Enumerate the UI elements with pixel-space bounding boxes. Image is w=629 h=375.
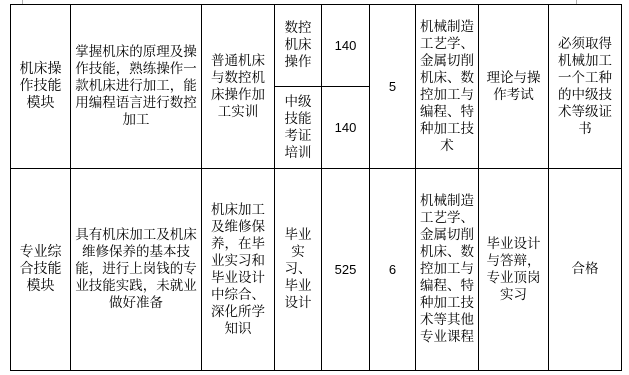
hours-cell: 140 xyxy=(322,5,370,87)
table-row: 机床操作技能模块 掌握机床的原理及操作技能，熟练操作一款机床进行加工，能用编程语… xyxy=(11,5,622,87)
hours-cell: 140 xyxy=(322,87,370,169)
related-courses-cell: 机械制造工艺学、金属切削机床、数控加工与编程、特种加工技术等其他专业课程 xyxy=(416,169,479,371)
objective-cell: 具有机床加工及机床维修保养的基本技能，进行上岗钱的专业技能实践，未就业做好准备 xyxy=(71,169,202,371)
assessment-cell: 理论与操作考试 xyxy=(479,5,549,169)
credits-cell: 5 xyxy=(370,5,416,169)
training-content-cell: 机床加工及维修保养，在毕业实习和毕业设计中综合、深化所学知识 xyxy=(202,169,275,371)
training-content-cell: 普通机床与数控机床操作加工实训 xyxy=(202,5,275,169)
assessment-cell: 毕业设计与答辩，专业顶岗实习 xyxy=(479,169,549,371)
training-module-table: 机床操作技能模块 掌握机床的原理及操作技能，熟练操作一款机床进行加工，能用编程语… xyxy=(10,4,622,371)
credits-cell: 6 xyxy=(370,169,416,371)
requirement-cell: 必须取得机械加工一个工种的中级技术等级证书 xyxy=(549,5,622,169)
hours-cell: 525 xyxy=(322,169,370,371)
requirement-cell: 合格 xyxy=(549,169,622,371)
table-row: 专业综合技能模块 具有机床加工及机床维修保养的基本技能，进行上岗钱的专业技能实践… xyxy=(11,169,622,371)
objective-cell: 掌握机床的原理及操作技能，熟练操作一款机床进行加工，能用编程语言进行数控加工 xyxy=(71,5,202,169)
sub-item-cell: 数控机床操作 xyxy=(275,5,322,87)
related-courses-cell: 机械制造工艺学、金属切削机床、数控加工与编程、特种加工技术 xyxy=(416,5,479,169)
module-name-cell: 机床操作技能模块 xyxy=(11,5,71,169)
module-name-cell: 专业综合技能模块 xyxy=(11,169,71,371)
sub-item-cell: 毕业实习、毕业设计 xyxy=(275,169,322,371)
sub-item-cell: 中级技能考证培训 xyxy=(275,87,322,169)
